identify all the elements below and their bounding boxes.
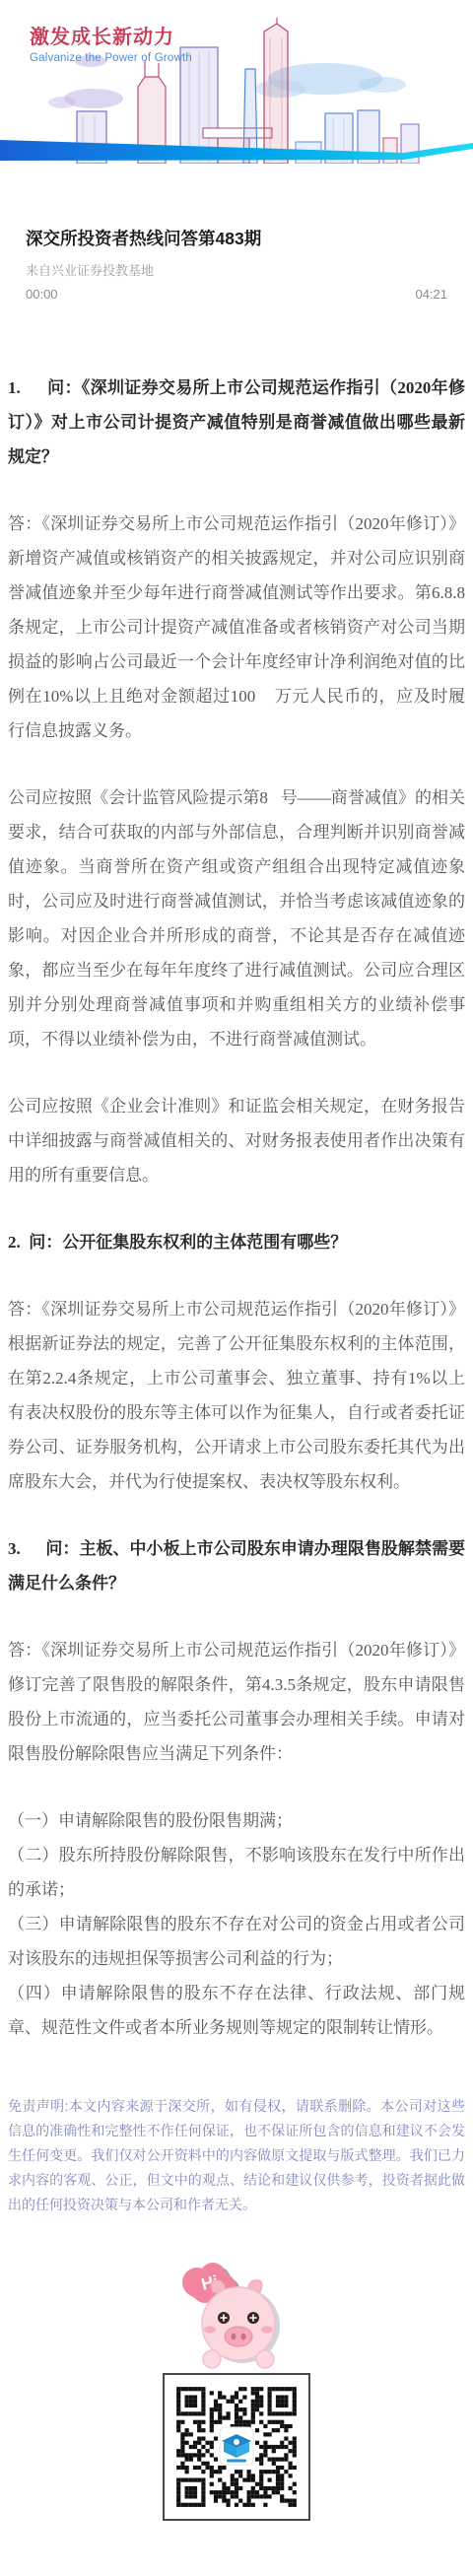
audio-time-row: 00:00 04:21 (26, 287, 447, 302)
answer-paragraph: （三）申请解除限售的股东不存在对公司的资金占用或者公司对该股东的违规担保等损害公… (8, 1907, 465, 1976)
answer-paragraph: 公司应按照《企业会计准则》和证监会相关规定，在财务报告中详细披露与商誉减值相关的… (8, 1089, 465, 1192)
bottom-whitespace (0, 2521, 473, 2576)
answer-paragraph: 答：《深圳证券交易所上市公司规范运作指引（2020年修订）》根据新证券法的规定，… (8, 1292, 465, 1499)
audio-source: 来自兴业证券投教基地 (26, 260, 447, 279)
pig-mascot-image: Hi (158, 2261, 315, 2371)
audio-title: 深交所投资者热线问答第483期 (26, 227, 447, 251)
header-banner: 激发成长新动力 Galvanize the Power of Growth (0, 0, 473, 164)
article-body: 1. 问：《深圳证券交易所上市公司规范运作指引（2020年修订）》对上市公司计提… (8, 371, 465, 2045)
mascot-figure: Hi (0, 2261, 473, 2371)
answer-paragraph: 答：《深圳证券交易所上市公司规范运作指引（2020年修订）》修订完善了限售股的解… (8, 1633, 465, 1771)
question-paragraph: 1. 问：《深圳证券交易所上市公司规范运作指引（2020年修订）》对上市公司计提… (8, 371, 465, 474)
banner-title: 激发成长新动力 (30, 21, 192, 49)
audio-player[interactable]: 深交所投资者热线问答第483期 来自兴业证券投教基地 00:00 04:21 (26, 227, 447, 302)
answer-paragraph: （四）申请解除限售的股东不存在法律、行政法规、部门规章、规范性文件或者本所业务规… (8, 1976, 465, 2045)
question-paragraph: 2. 问：公开征集股东权利的主体范围有哪些？ (8, 1225, 465, 1259)
banner-text-block: 激发成长新动力 Galvanize the Power of Growth (30, 21, 192, 64)
answer-paragraph: 公司应按照《会计监管风险提示第8 号——商誉减值》的相关要求，结合可获取的内部与… (8, 780, 465, 1056)
banner-subtitle: Galvanize the Power of Growth (30, 52, 192, 64)
article-page: 激发成长新动力 Galvanize the Power of Growth (0, 0, 473, 2576)
answer-paragraph: （一）申请解除限售的股份限售期满； (8, 1803, 465, 1838)
qr-code-figure (0, 2373, 473, 2521)
qr-code-image (174, 2385, 299, 2509)
audio-current-time: 00:00 (26, 287, 58, 302)
disclaimer-text: 免责声明:本文内容来源于深交所，如有侵权，请联系删除。本公司对这些信息的准确性和… (8, 2094, 465, 2217)
question-paragraph: 3. 问：主板、中小板上市公司股东申请办理限售股解禁需要满足什么条件？ (8, 1531, 465, 1600)
banner-ribbon (0, 128, 473, 164)
answer-paragraph: 答：《深圳证券交易所上市公司规范运作指引（2020年修订）》新增资产减值或核销资… (8, 507, 465, 748)
answer-paragraph: （二）股东所持股份解除限售，不影响该股东在发行中所作出的承诺； (8, 1838, 465, 1907)
qr-code-frame (163, 2373, 310, 2521)
audio-duration: 04:21 (415, 287, 447, 302)
